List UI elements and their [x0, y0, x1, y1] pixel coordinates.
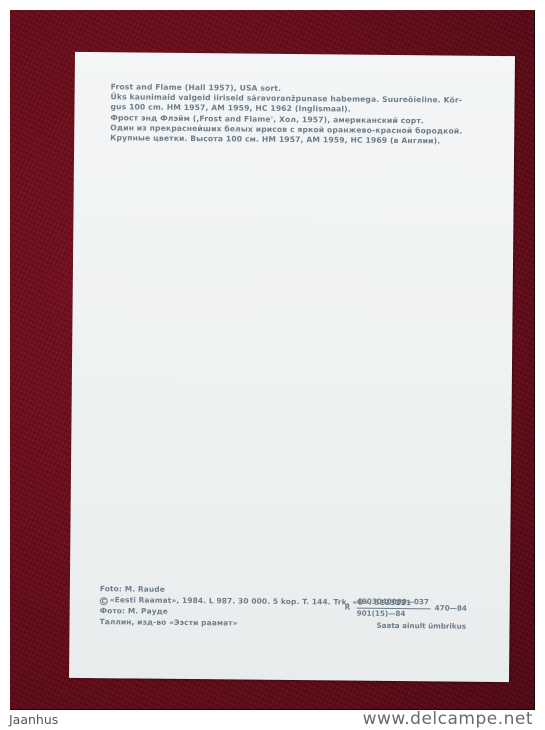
watermark-link[interactable]: www.delcampe.net: [363, 709, 533, 729]
seller-name: Jaanhus: [9, 712, 58, 727]
description-block: Frost and Flame (Hall 1957), USA sort. Ü…: [110, 82, 491, 147]
copyright-icon: C: [100, 597, 108, 605]
index-denominator: 901(15)—84: [357, 609, 406, 619]
index-suffix: 470—84: [435, 603, 467, 613]
index-prefix: R: [345, 603, 351, 613]
index-numerator: 4903040000—037: [357, 597, 429, 608]
photo-background: Frost and Flame (Hall 1957), USA sort. Ü…: [10, 10, 535, 710]
postcard-back: Frost and Flame (Hall 1957), USA sort. Ü…: [69, 52, 515, 682]
envelope-note: Saata ainult ümbrikus: [376, 621, 466, 632]
